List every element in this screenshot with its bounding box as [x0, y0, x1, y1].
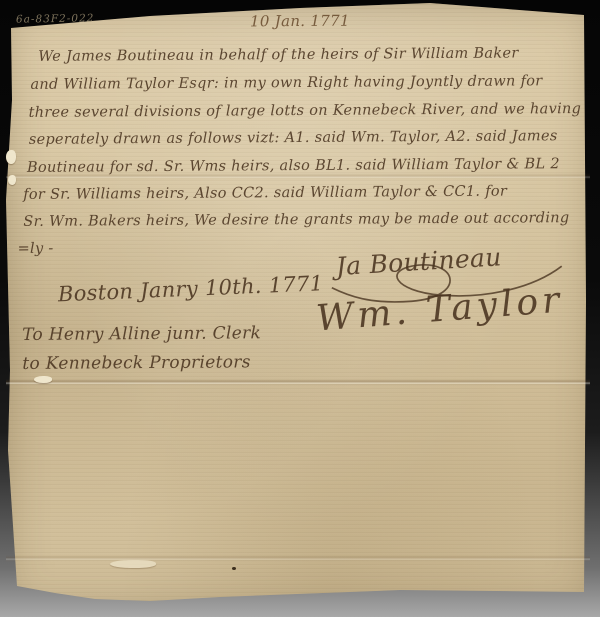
- date-annotation: 10 Jan. 1771: [250, 12, 350, 31]
- manuscript-photo: 6a-83F2-022 10 Jan. 1771 We James Boutin…: [0, 0, 600, 617]
- signature-william-taylor: Wm. Taylor: [315, 280, 565, 340]
- body-line: seperately drawn as follows vizt: A1. sa…: [29, 128, 558, 148]
- body-line: three several divisions of large lotts o…: [29, 101, 582, 121]
- dateline: Boston Janry 10th. 1771: [57, 271, 323, 306]
- address-line: to Kennebeck Proprietors: [22, 352, 250, 374]
- signature-james-boutineau: Ja Boutineau: [335, 242, 502, 281]
- handwriting-layer: 10 Jan. 1771 We James Boutineau in behal…: [0, 0, 600, 617]
- body-line: Boutineau for sd. Sr. Wms heirs, also BL…: [27, 156, 560, 176]
- body-line: Sr. Wm. Bakers heirs, We desire the gran…: [23, 210, 569, 230]
- body-line: for Sr. Williams heirs, Also CC2. said W…: [23, 184, 507, 203]
- body-line: =ly -: [18, 241, 54, 257]
- body-line: and William Taylor Esqr: in my own Right…: [30, 73, 542, 93]
- body-line: We James Boutineau in behalf of the heir…: [38, 45, 518, 64]
- address-line: To Henry Alline junr. Clerk: [22, 323, 261, 345]
